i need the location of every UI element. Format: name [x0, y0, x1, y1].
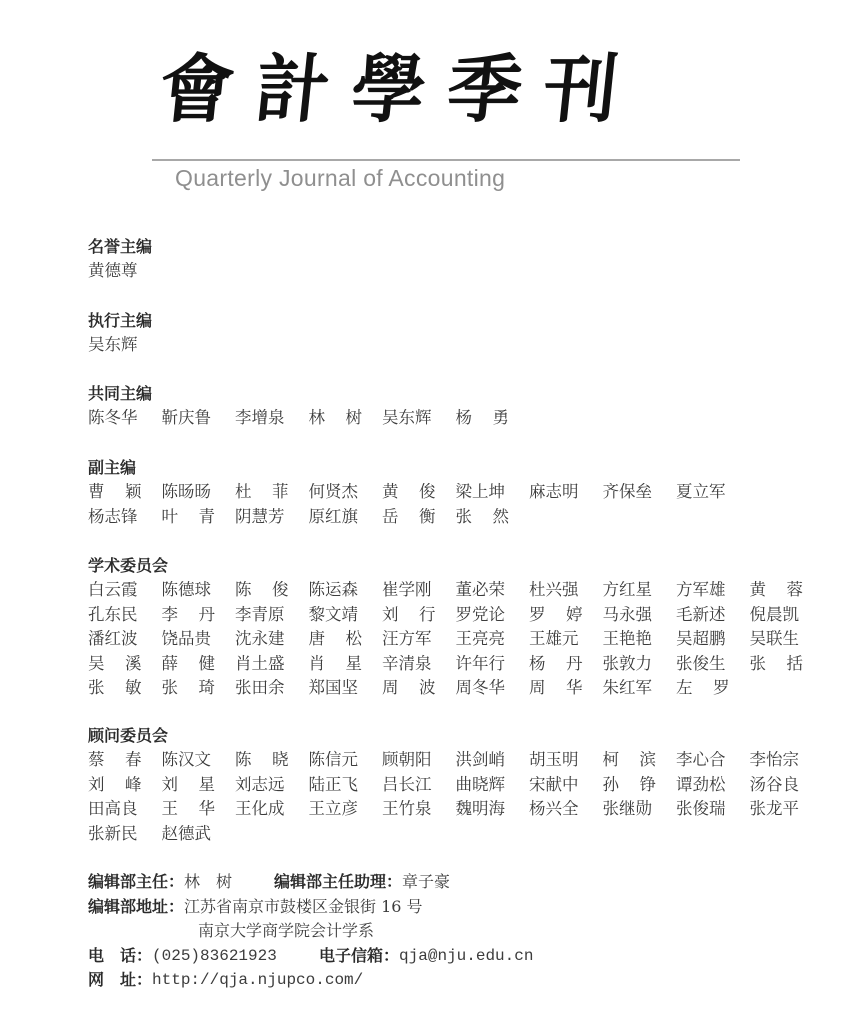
member-name: 张然	[456, 505, 530, 530]
member-name: 顾朝阳	[382, 748, 456, 773]
member-name: 罗党论	[456, 603, 530, 628]
address-row-2: 南京大学商学院会计学系	[88, 919, 533, 944]
member-name: 李增泉	[235, 406, 309, 431]
names-row: 曹颖陈旸旸杜菲何贤杰黄俊梁上坤麻志明齐保垒夏立军	[88, 480, 750, 505]
board-section: 名誉主编黄德尊	[88, 235, 162, 284]
member-name: 张琦	[162, 676, 236, 701]
member-name: 谭劲松	[676, 773, 750, 798]
member-name: 柯滨	[603, 748, 677, 773]
names-row: 蔡春陈汉文陈晓陈信元顾朝阳洪剑峭胡玉明柯滨李心合李怡宗	[88, 748, 823, 773]
member-name: 王立彦	[309, 797, 383, 822]
member-name: 吴溪	[88, 652, 162, 677]
board-section: 执行主编吴东辉	[88, 309, 162, 358]
member-name: 李心合	[676, 748, 750, 773]
member-name: 吴超鹏	[676, 627, 750, 652]
journal-chinese-title: 會計學季刊	[153, 40, 751, 152]
member-name: 陈信元	[309, 748, 383, 773]
member-name: 陈德球	[162, 578, 236, 603]
member-name: 曹颖	[88, 480, 162, 505]
member-name: 周波	[382, 676, 456, 701]
member-name: 汤谷良	[750, 773, 824, 798]
names-row: 黄德尊	[88, 259, 162, 284]
member-name: 沈永建	[235, 627, 309, 652]
board-section: 共同主编陈冬华靳庆鲁李增泉林树吴东辉杨勇	[88, 382, 529, 431]
member-name: 董必荣	[456, 578, 530, 603]
member-name: 刘峰	[88, 773, 162, 798]
member-name: 张龙平	[750, 797, 824, 822]
member-name: 马永强	[603, 603, 677, 628]
member-name: 潘红波	[88, 627, 162, 652]
member-name: 孙铮	[603, 773, 677, 798]
member-name: 陈汉文	[162, 748, 236, 773]
member-name: 宋献中	[529, 773, 603, 798]
website-label: 网 址：	[88, 968, 152, 993]
member-name: 薛健	[162, 652, 236, 677]
member-name: 何贤杰	[309, 480, 383, 505]
member-name: 陈冬华	[88, 406, 162, 431]
director-name: 林 树	[184, 870, 274, 895]
names-row: 陈冬华靳庆鲁李增泉林树吴东辉杨勇	[88, 406, 529, 431]
names-row: 吴东辉	[88, 333, 162, 358]
member-name: 刘志远	[235, 773, 309, 798]
member-name: 陈旸旸	[162, 480, 236, 505]
member-name: 王艳艳	[603, 627, 677, 652]
member-name: 张俊瑞	[676, 797, 750, 822]
member-name: 王竹泉	[382, 797, 456, 822]
member-name: 齐保垒	[603, 480, 677, 505]
names-row: 杨志锋叶青阴慧芳原红旗岳衡张然	[88, 505, 750, 530]
member-name: 周华	[529, 676, 603, 701]
board-section: 学术委员会白云霞陈德球陈俊陈运森崔学刚董必荣杜兴强方红星方军雄黄蓉孔东民李丹李青…	[88, 554, 823, 701]
masthead: 會計學季刊	[155, 40, 745, 152]
member-name: 许年行	[456, 652, 530, 677]
member-name: 岳衡	[382, 505, 456, 530]
member-name: 杨兴全	[529, 797, 603, 822]
member-name: 张括	[750, 652, 824, 677]
website-row: 网 址： http://qja.njupco.com/	[88, 968, 533, 993]
email-label: 电子信箱：	[319, 944, 399, 969]
member-name: 刘星	[162, 773, 236, 798]
member-name: 肖土盛	[235, 652, 309, 677]
contact-info: 编辑部主任： 林 树 编辑部主任助理： 章子豪 编辑部地址： 江苏省南京市鼓楼区…	[88, 870, 533, 993]
assistant-label: 编辑部主任助理：	[274, 870, 402, 895]
address-line2: 南京大学商学院会计学系	[198, 919, 374, 944]
names-row: 白云霞陈德球陈俊陈运森崔学刚董必荣杜兴强方红星方军雄黄蓉	[88, 578, 823, 603]
names-row: 张敏张琦张田余郑国坚周波周冬华周华朱红军左罗	[88, 676, 823, 701]
phone-email-row: 电 话： (025)83621923 电子信箱： qja@nju.edu.cn	[88, 944, 533, 969]
section-title: 顾问委员会	[88, 724, 823, 748]
member-name: 罗婷	[529, 603, 603, 628]
member-name: 魏明海	[456, 797, 530, 822]
member-name: 黄德尊	[88, 259, 162, 284]
names-row: 孔东民李丹李青原黎文靖刘行罗党论罗婷马永强毛新述倪晨凯	[88, 603, 823, 628]
member-name: 杨志锋	[88, 505, 162, 530]
director-label: 编辑部主任：	[88, 870, 184, 895]
names-row: 田高良王华王化成王立彦王竹泉魏明海杨兴全张继勋张俊瑞张龙平	[88, 797, 823, 822]
member-name: 蔡春	[88, 748, 162, 773]
section-title: 共同主编	[88, 382, 529, 406]
board-section: 副主编曹颖陈旸旸杜菲何贤杰黄俊梁上坤麻志明齐保垒夏立军杨志锋叶青阴慧芳原红旗岳衡…	[88, 456, 750, 529]
member-name: 杜兴强	[529, 578, 603, 603]
member-name: 夏立军	[676, 480, 750, 505]
member-name: 张敏	[88, 676, 162, 701]
member-name: 刘行	[382, 603, 456, 628]
member-name: 张新民	[88, 822, 162, 847]
member-name: 陆正飞	[309, 773, 383, 798]
member-name: 汪方军	[382, 627, 456, 652]
member-name: 白云霞	[88, 578, 162, 603]
member-name: 肖星	[309, 652, 383, 677]
names-row: 潘红波饶品贵沈永建唐松汪方军王亮亮王雄元王艳艳吴超鹏吴联生	[88, 627, 823, 652]
member-name: 崔学刚	[382, 578, 456, 603]
member-name: 林树	[309, 406, 383, 431]
member-name: 黎文靖	[309, 603, 383, 628]
member-name: 王雄元	[529, 627, 603, 652]
phone-number: (025)83621923	[152, 944, 319, 969]
address-label: 编辑部地址：	[88, 895, 184, 920]
member-name: 左罗	[676, 676, 750, 701]
email-link[interactable]: qja@nju.edu.cn	[399, 944, 533, 969]
member-name: 王华	[162, 797, 236, 822]
member-name: 方红星	[603, 578, 677, 603]
member-name: 梁上坤	[456, 480, 530, 505]
member-name: 吕长江	[382, 773, 456, 798]
member-name: 洪剑峭	[456, 748, 530, 773]
member-name: 陈晓	[235, 748, 309, 773]
member-name: 吴联生	[750, 627, 824, 652]
member-name: 曲晓辉	[456, 773, 530, 798]
member-name: 田高良	[88, 797, 162, 822]
member-name: 原红旗	[309, 505, 383, 530]
section-title: 名誉主编	[88, 235, 162, 259]
section-title: 副主编	[88, 456, 750, 480]
section-title: 执行主编	[88, 309, 162, 333]
member-name: 靳庆鲁	[162, 406, 236, 431]
member-name: 李青原	[235, 603, 309, 628]
names-row: 刘峰刘星刘志远陆正飞吕长江曲晓辉宋献中孙铮谭劲松汤谷良	[88, 773, 823, 798]
member-name: 杜菲	[235, 480, 309, 505]
assistant-name: 章子豪	[402, 870, 450, 895]
member-name: 毛新述	[676, 603, 750, 628]
board-section: 顾问委员会蔡春陈汉文陈晓陈信元顾朝阳洪剑峭胡玉明柯滨李心合李怡宗刘峰刘星刘志远陆…	[88, 724, 823, 846]
member-name: 麻志明	[529, 480, 603, 505]
website-link[interactable]: http://qja.njupco.com/	[152, 968, 363, 993]
member-name: 王化成	[235, 797, 309, 822]
journal-english-title: Quarterly Journal of Accounting	[175, 165, 505, 192]
member-name: 叶青	[162, 505, 236, 530]
member-name: 黄俊	[382, 480, 456, 505]
address-row: 编辑部地址： 江苏省南京市鼓楼区金银街 16 号	[88, 895, 533, 920]
phone-label: 电 话：	[88, 944, 152, 969]
member-name: 吴东辉	[382, 406, 456, 431]
member-name: 饶品贵	[162, 627, 236, 652]
member-name: 郑国坚	[309, 676, 383, 701]
member-name: 黄蓉	[750, 578, 824, 603]
member-name: 张俊生	[676, 652, 750, 677]
director-row: 编辑部主任： 林 树 编辑部主任助理： 章子豪	[88, 870, 533, 895]
member-name: 辛清泉	[382, 652, 456, 677]
member-name: 阴慧芳	[235, 505, 309, 530]
member-name: 杨丹	[529, 652, 603, 677]
member-name: 李怡宗	[750, 748, 824, 773]
section-title: 学术委员会	[88, 554, 823, 578]
member-name: 胡玉明	[529, 748, 603, 773]
member-name: 陈运森	[309, 578, 383, 603]
member-name: 陈俊	[235, 578, 309, 603]
member-name: 张继勋	[603, 797, 677, 822]
names-row: 张新民赵德武	[88, 822, 823, 847]
member-name: 吴东辉	[88, 333, 162, 358]
title-divider	[152, 159, 740, 161]
member-name: 倪晨凯	[750, 603, 824, 628]
member-name: 张敦力	[603, 652, 677, 677]
member-name: 朱红军	[603, 676, 677, 701]
member-name: 王亮亮	[456, 627, 530, 652]
member-name: 孔东民	[88, 603, 162, 628]
member-name: 李丹	[162, 603, 236, 628]
member-name: 唐松	[309, 627, 383, 652]
address-line1: 江苏省南京市鼓楼区金银街 16 号	[184, 895, 423, 920]
names-row: 吴溪薛健肖土盛肖星辛清泉许年行杨丹张敦力张俊生张括	[88, 652, 823, 677]
member-name: 杨勇	[456, 406, 530, 431]
member-name: 张田余	[235, 676, 309, 701]
member-name: 周冬华	[456, 676, 530, 701]
member-name: 方军雄	[676, 578, 750, 603]
member-name: 赵德武	[162, 822, 236, 847]
